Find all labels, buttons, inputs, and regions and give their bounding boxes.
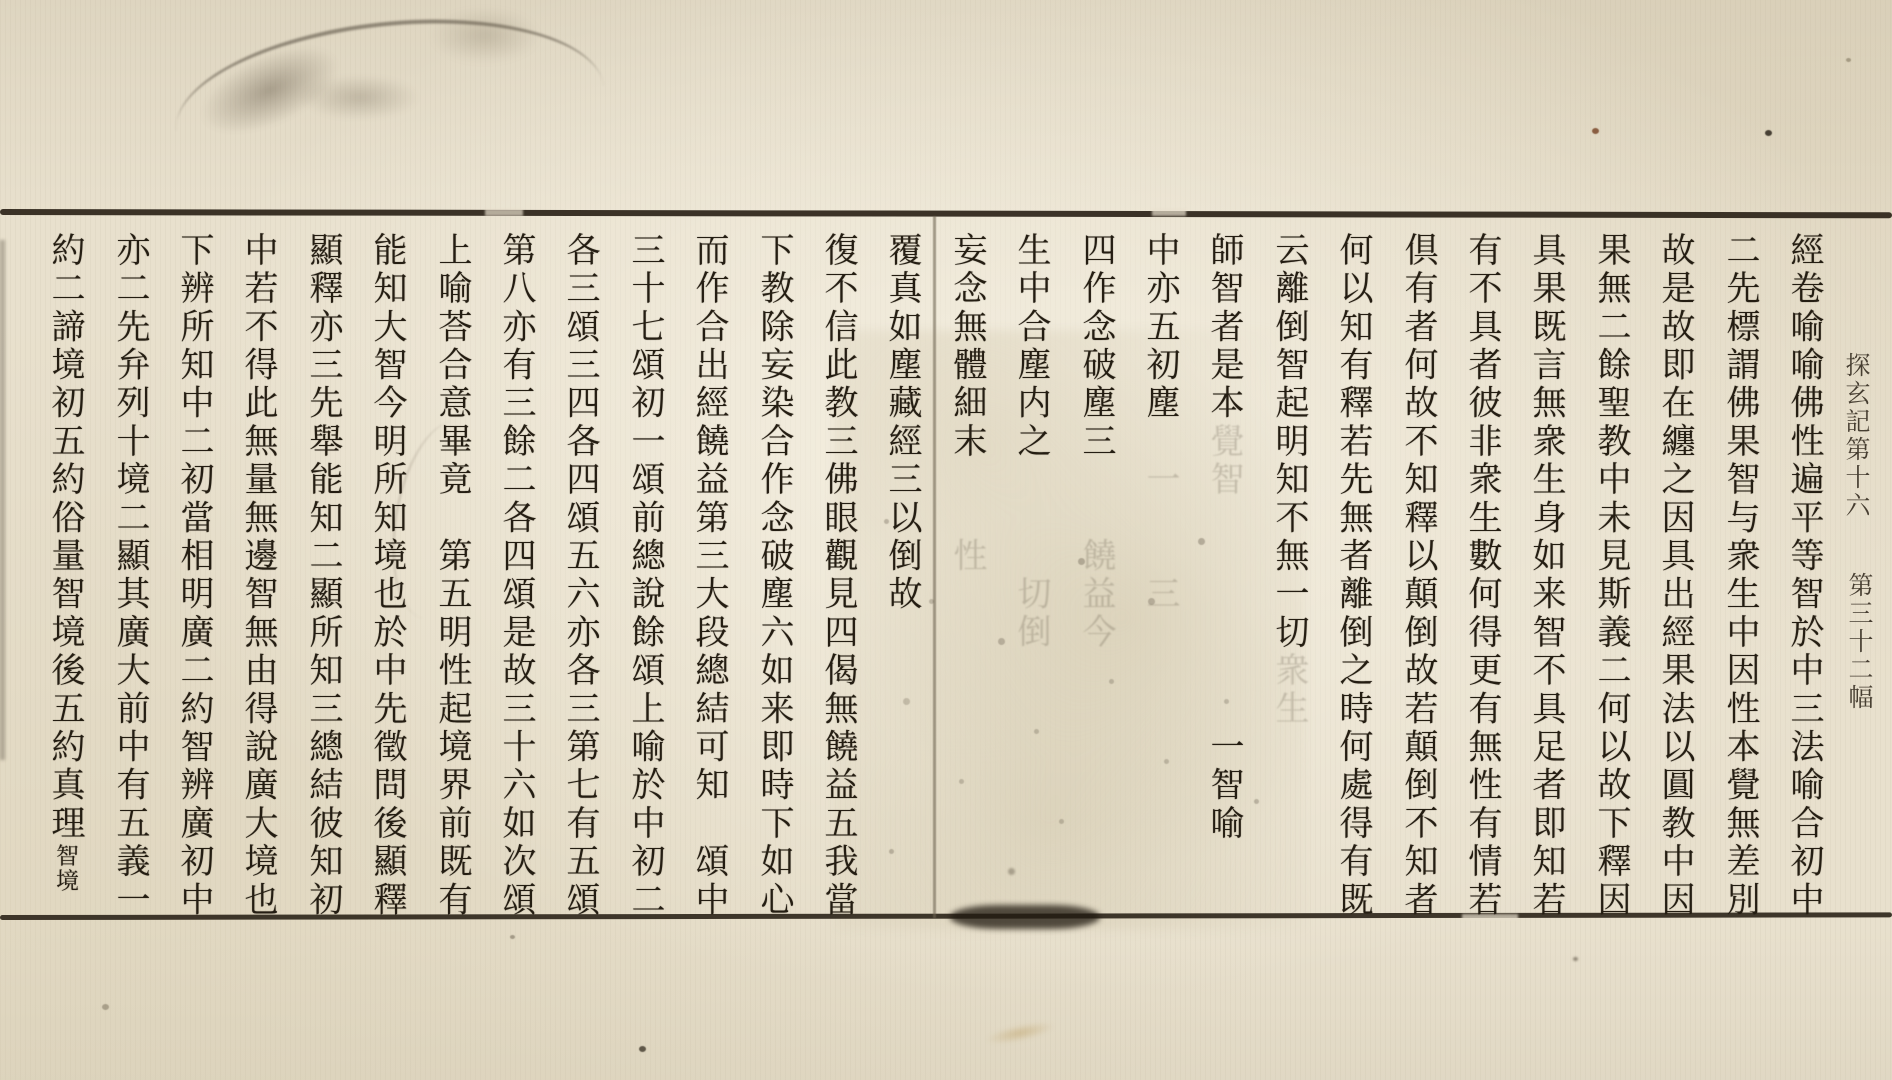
column-faint-text: 性 bbox=[947, 461, 987, 690]
rule-wear-gap bbox=[1152, 209, 1186, 216]
column-text: 覆真如塵藏經三以倒故 bbox=[882, 232, 922, 614]
text-column-15: 覆真如塵藏經三以倒故 bbox=[880, 232, 924, 805]
text-column-5: 具果既言無衆生身如来智不具足者即知若 bbox=[1524, 232, 1568, 920]
column-faint-text: 饒益今 bbox=[1076, 461, 1116, 728]
column-faint-text: 一 三 bbox=[1140, 423, 1180, 690]
text-column-20: 各三頌三四各四頌五六亦各三第七有五頌 bbox=[558, 232, 602, 920]
column-text: 第八亦有三餘二各四頌是故三十六如次頌 bbox=[496, 232, 536, 920]
text-column-8: 何以知有釋若先無者離倒之時何處得有既 bbox=[1331, 232, 1375, 920]
column-faint-text bbox=[882, 614, 922, 805]
column-tail-text: 一智喻 bbox=[1204, 729, 1244, 844]
column-text: 師智者是本 bbox=[1204, 232, 1244, 423]
faded-ink-traces bbox=[0, 0, 3, 3]
text-column-13: 生中合塵内之 切倒 bbox=[1009, 232, 1053, 729]
column-text: 能知大智今明所知境也於中先徵問後顯釋 bbox=[367, 232, 407, 920]
column-text: 云離倒智起明知不無一切 bbox=[1269, 232, 1309, 652]
column-text: 復不信此教三佛眼觀見四偈無饒益五我當 bbox=[818, 232, 858, 920]
column-faint-text: 切倒 bbox=[1011, 461, 1051, 728]
column-small-tail: 智境 bbox=[52, 843, 78, 893]
sheet-seam-line bbox=[933, 216, 936, 918]
text-column-10: 師智者是本覺智 一智喻 bbox=[1202, 232, 1246, 843]
text-column-7: 倶有者何故不知釋以顛倒故若顛倒不知者 bbox=[1396, 232, 1440, 920]
column-text: 亦二先弁列十境二顯其廣大前中有五義一 bbox=[110, 232, 150, 920]
text-column-22: 上喻荅合意畢竟 第五明性起境界前既有 bbox=[430, 232, 474, 920]
top-border-rule bbox=[0, 209, 1892, 218]
text-column-18: 而作合出經饒益第三大段總結可知 頌中 bbox=[687, 232, 731, 920]
text-column-28: 約二諦境初五約俗量智境後五約真理智境 bbox=[43, 232, 87, 893]
column-text: 二先標謂佛果智与衆生中因性本覺無差別 bbox=[1720, 232, 1760, 920]
column-text: 上喻荅合意畢竟 第五明性起境界前既有 bbox=[432, 232, 472, 920]
column-text: 三十七頌初一頌前總說餘頌上喻於中初二 bbox=[625, 232, 665, 920]
text-column-25: 中若不得此無量無邊智無由得說廣大境也 bbox=[236, 232, 280, 920]
text-column-6: 有不具者彼非衆生數何得更有無性有情若 bbox=[1460, 232, 1504, 920]
manuscript-sheet: 經卷喻喻佛性遍平等智於中三法喻合初中二先標謂佛果智与衆生中因性本覺無差別故是故即… bbox=[0, 0, 1892, 1080]
text-column-19: 三十七頌初一頌前總說餘頌上喻於中初二 bbox=[623, 232, 667, 920]
column-text: 下教除妄染合作念破塵六如来即時下如心 bbox=[754, 232, 794, 920]
column-text: 顯釋亦三先舉能知二顯所知三總結彼知初 bbox=[303, 232, 343, 920]
ink-smear bbox=[950, 905, 1100, 929]
text-column-24: 顯釋亦三先舉能知二顯所知三總結彼知初 bbox=[301, 232, 345, 920]
margin-fascicle-label: 探玄記第十六 bbox=[1838, 352, 1874, 520]
text-column-11: 中亦五初塵 一 三 bbox=[1138, 232, 1182, 690]
text-column-1: 經卷喻喻佛性遍平等智於中三法喻合初中 bbox=[1782, 232, 1826, 920]
text-column-23: 能知大智今明所知境也於中先徵問後顯釋 bbox=[365, 232, 409, 920]
text-column-27: 亦二先弁列十境二顯其廣大前中有五義一 bbox=[108, 232, 152, 920]
margin-sheet-label: 第三十二幅 bbox=[1841, 572, 1877, 712]
text-column-16: 復不信此教三佛眼觀見四偈無饒益五我當 bbox=[816, 232, 860, 920]
column-text: 中亦五初塵 bbox=[1140, 232, 1180, 423]
column-text: 下辨所知中二初當相明廣二約智辨廣初中 bbox=[174, 232, 214, 920]
column-text: 而作合出經饒益第三大段總結可知 頌中 bbox=[689, 232, 729, 920]
column-faint-text: 覺智 bbox=[1204, 423, 1244, 729]
column-text: 有不具者彼非衆生數何得更有無性有情若 bbox=[1462, 232, 1502, 920]
column-text: 倶有者何故不知釋以顛倒故若顛倒不知者 bbox=[1398, 232, 1438, 920]
text-column-26: 下辨所知中二初當相明廣二約智辨廣初中 bbox=[172, 232, 216, 920]
column-faint-text: 衆生 bbox=[1269, 652, 1309, 881]
text-column-17: 下教除妄染合作念破塵六如来即時下如心 bbox=[752, 232, 796, 920]
text-column-12: 四作念破塵三 饒益今 bbox=[1074, 232, 1118, 729]
gray-smudge-stain bbox=[430, 8, 540, 63]
column-text: 四作念破塵三 bbox=[1076, 232, 1116, 461]
text-column-21: 第八亦有三餘二各四頌是故三十六如次頌 bbox=[494, 232, 538, 920]
column-text: 中若不得此無量無邊智無由得說廣大境也 bbox=[238, 232, 278, 920]
column-text: 約二諦境初五約俗量智境後五約真理 bbox=[45, 232, 85, 843]
column-text: 故是故即在纏之因具出經果法以圓教中因 bbox=[1655, 232, 1695, 920]
column-text: 何以知有釋若先無者離倒之時何處得有既 bbox=[1333, 232, 1373, 920]
text-column-3: 故是故即在纏之因具出經果法以圓教中因 bbox=[1653, 232, 1697, 920]
left-edge-shadow bbox=[0, 240, 5, 760]
rule-wear-gap bbox=[485, 209, 523, 216]
column-text: 具果既言無衆生身如来智不具足者即知若 bbox=[1526, 232, 1566, 920]
text-column-9: 云離倒智起明知不無一切衆生 bbox=[1267, 232, 1311, 881]
text-column-2: 二先標謂佛果智与衆生中因性本覺無差別 bbox=[1718, 232, 1762, 920]
column-text: 果無二餘聖教中未見斯義二何以故下釋因 bbox=[1591, 232, 1631, 920]
yellow-stain bbox=[984, 1018, 1056, 1048]
ink-blob-stain-2 bbox=[300, 75, 420, 120]
text-column-14: 妄念無體細末 性 bbox=[945, 232, 989, 690]
text-column-4: 果無二餘聖教中未見斯義二何以故下釋因 bbox=[1589, 232, 1633, 920]
column-text: 各三頌三四各四頌五六亦各三第七有五頌 bbox=[560, 232, 600, 920]
column-text: 經卷喻喻佛性遍平等智於中三法喻合初中 bbox=[1784, 232, 1824, 920]
column-text: 生中合塵内之 bbox=[1011, 232, 1051, 461]
column-text: 妄念無體細末 bbox=[947, 232, 987, 461]
